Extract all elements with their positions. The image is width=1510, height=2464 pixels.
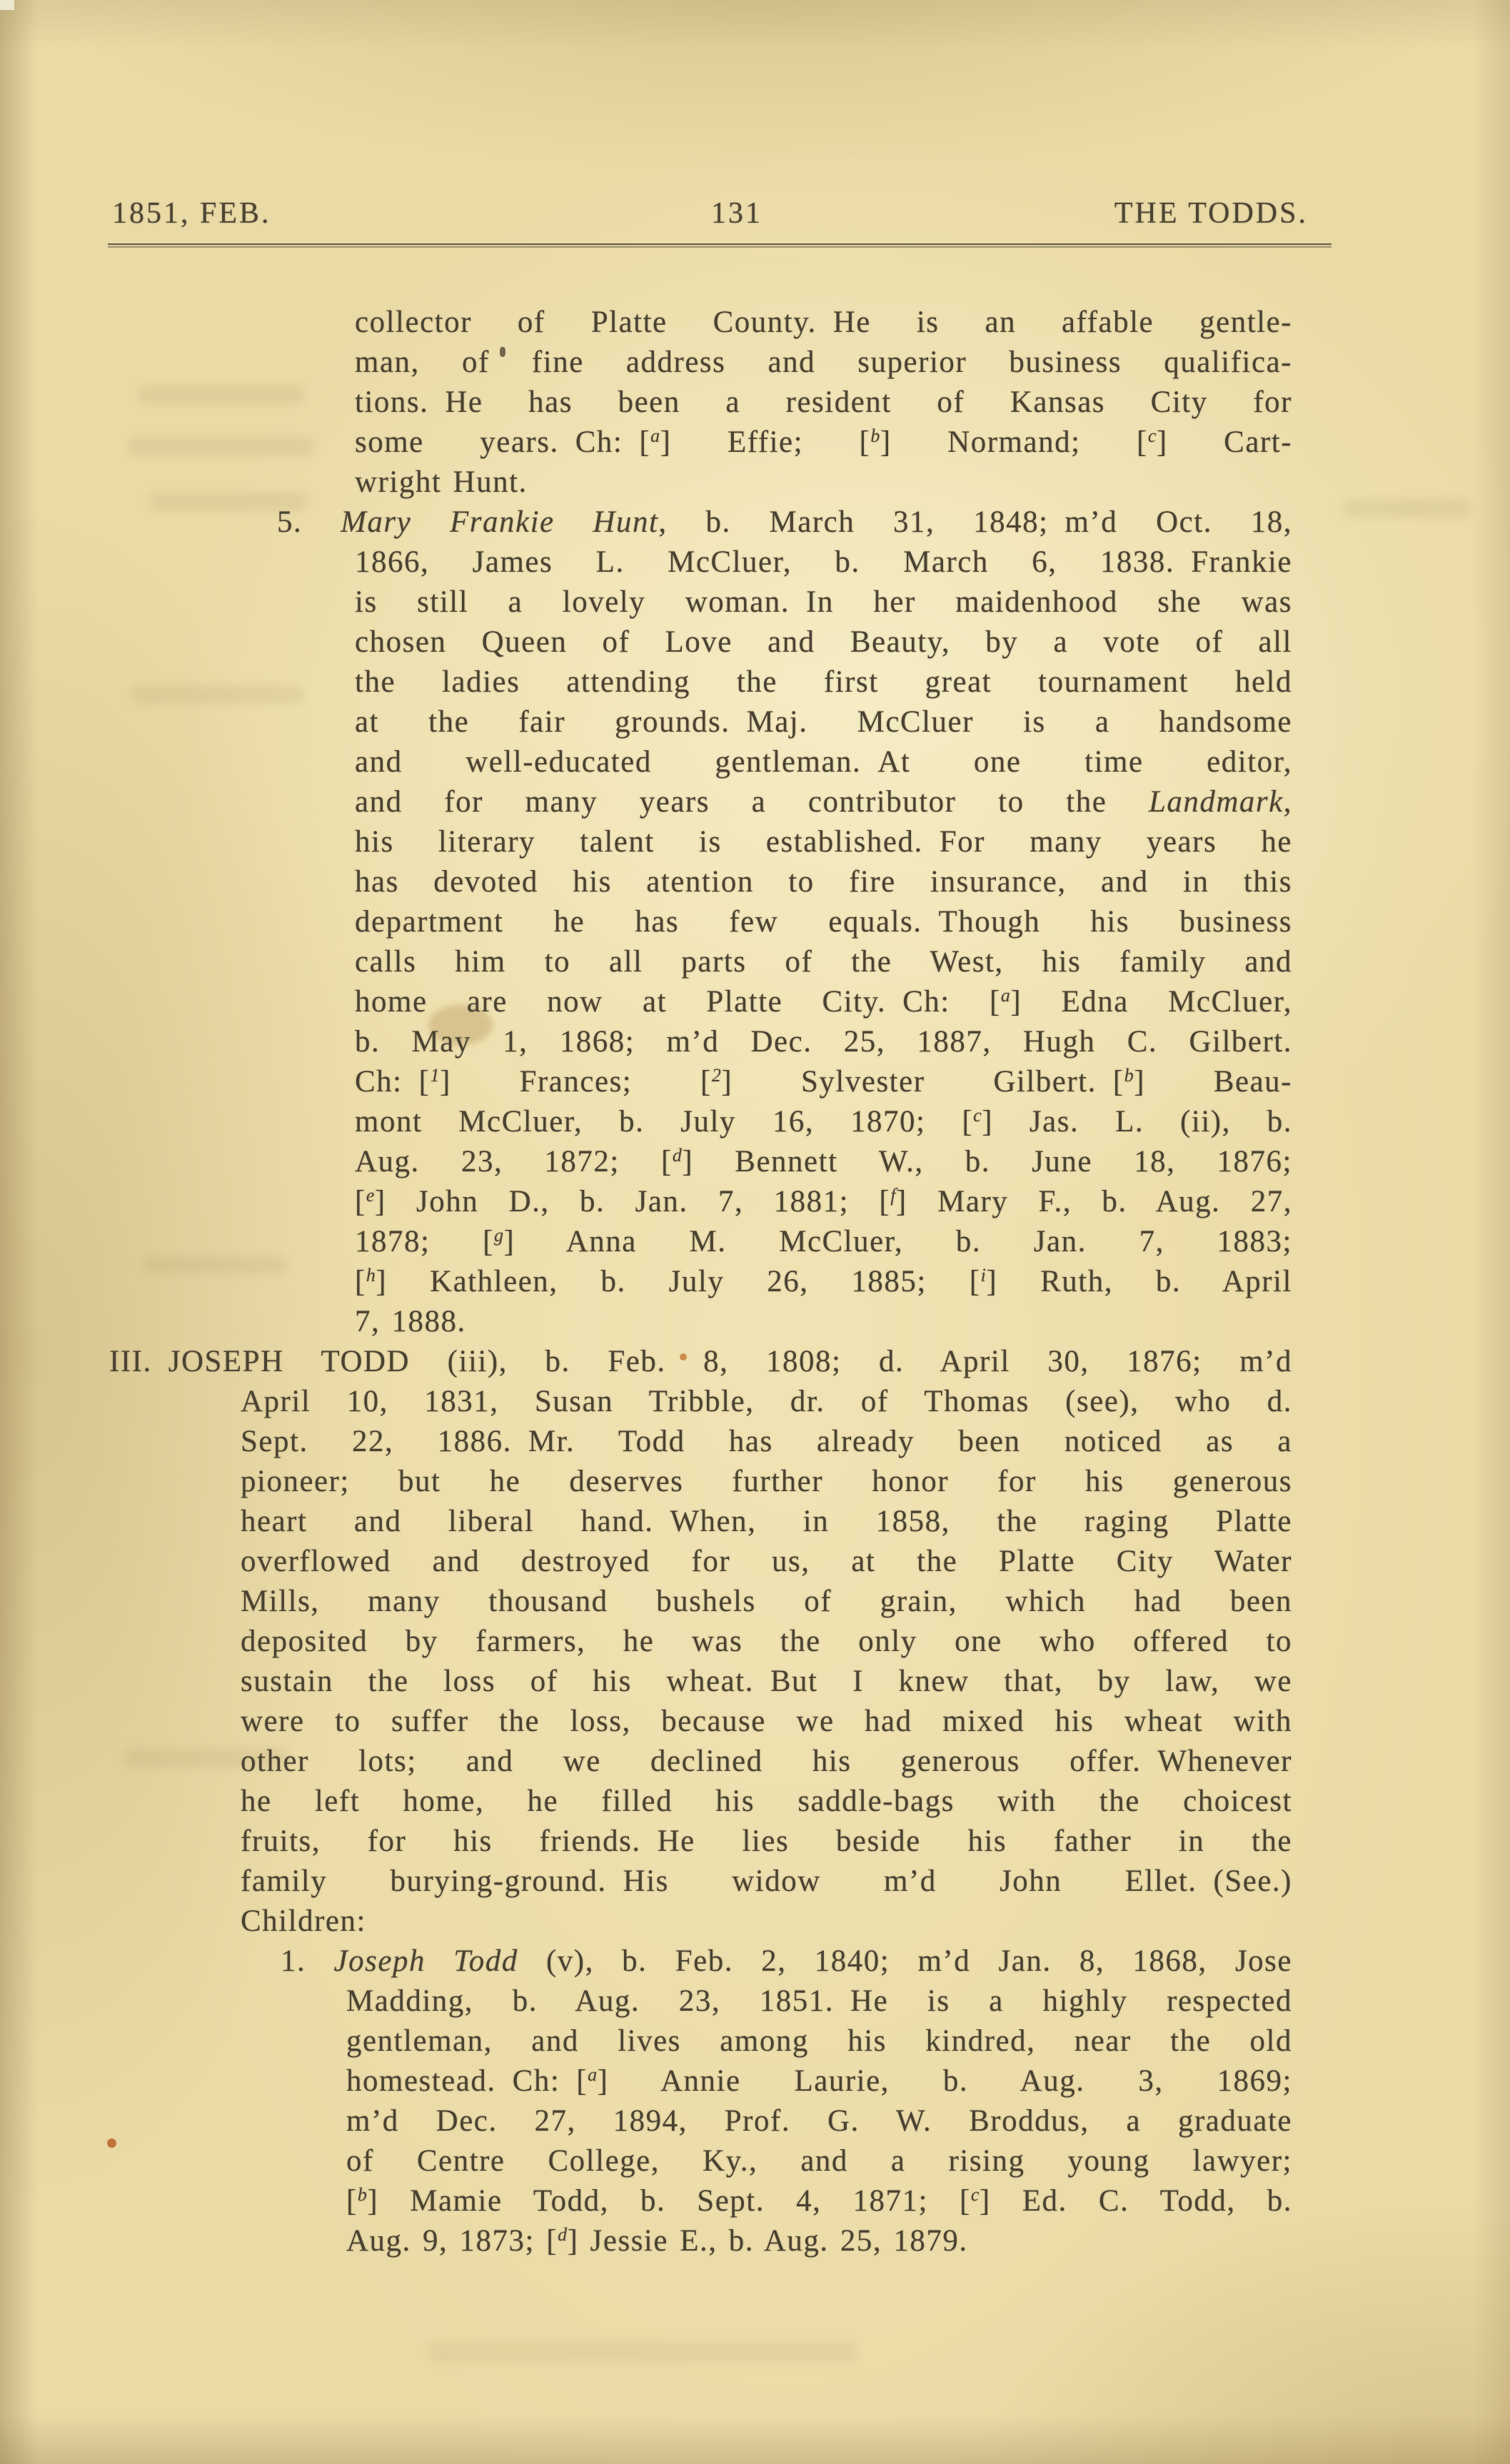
text-run: ] Ed. C. Todd, b.	[980, 2184, 1292, 2218]
text-line: man, of fine address and superior busine…	[355, 343, 1292, 383]
text-run: heart and liberal hand. When, in 1858, t…	[241, 1505, 1292, 1538]
text-run: tions. He has been a resident of Kansas …	[355, 385, 1292, 419]
text-run: 7, 1888.	[355, 1305, 466, 1338]
text-run: m’d Dec. 27, 1894, Prof. G. W. Broddus, …	[346, 2104, 1292, 2138]
text-run: at the fair grounds. Maj. McCluer is a h…	[355, 705, 1292, 739]
superscript-run: h	[366, 1265, 376, 1286]
text-run: fruits, for his friends. He lies beside …	[241, 1824, 1292, 1858]
text-run: family burying-ground. His widow m’d Joh…	[241, 1864, 1292, 1898]
text-run: 5.	[277, 505, 341, 539]
text-run: gentleman, and lives among his kindred, …	[346, 2024, 1292, 2058]
text-line: home are now at Platte City. Ch: [a] Edn…	[355, 982, 1292, 1022]
text-line: he left home, he filled his saddle-bags …	[241, 1782, 1292, 1822]
text-run: chosen Queen of Love and Beauty, by a vo…	[355, 625, 1292, 659]
text-run: is still a lovely woman. In her maidenho…	[355, 585, 1292, 619]
text-run: were to suffer the loss, because we had …	[241, 1705, 1292, 1738]
text-line: department he has few equals. Though his…	[355, 902, 1292, 942]
text-line: [b] Mamie Todd, b. Sept. 4, 1871; [c] Ed…	[346, 2181, 1292, 2221]
superscript-run: a	[650, 425, 660, 446]
text-line: [e] John D., b. Jan. 7, 1881; [f] Mary F…	[355, 1182, 1292, 1222]
superscript-run: g	[494, 1225, 504, 1246]
text-line: Madding, b. Aug. 23, 1851. He is a highl…	[346, 1981, 1292, 2021]
text-line: 1866, James L. McCluer, b. March 6, 1838…	[355, 542, 1292, 582]
text-run: Ch: [	[355, 1065, 430, 1099]
superscript-run: b	[870, 425, 880, 446]
text-line: and for many years a contributor to the …	[355, 782, 1292, 822]
text-line: heart and liberal hand. When, in 1858, t…	[241, 1502, 1292, 1542]
text-line: Mills, many thousand bushels of grain, w…	[241, 1582, 1292, 1622]
text-line: tions. He has been a resident of Kansas …	[355, 383, 1292, 423]
text-run: Sept. 22, 1886. Mr. Todd has already bee…	[241, 1425, 1292, 1458]
text-run: [	[355, 1185, 366, 1218]
text-run: ] Kathleen, b. July 26, 1885; [	[376, 1265, 980, 1298]
text-run: Mills, many thousand bushels of grain, w…	[241, 1585, 1292, 1618]
text-run: ] Mamie Todd, b. Sept. 4, 1871; [	[367, 2184, 970, 2218]
text-line: 7, 1888.	[355, 1302, 1292, 1342]
text-line: Children:	[241, 1902, 1292, 1942]
text-line: calls him to all parts of the West, his …	[355, 942, 1292, 982]
text-line: [h] Kathleen, b. July 26, 1885; [i] Ruth…	[355, 1262, 1292, 1302]
superscript-run: c	[1148, 425, 1157, 446]
text-line: the ladies attending the first great tou…	[355, 662, 1292, 702]
text-line: some years. Ch: [a] Effie; [b] Normand; …	[355, 423, 1292, 463]
superscript-run: e	[366, 1185, 375, 1206]
text-line: wright Hunt.	[355, 463, 1292, 503]
text-line: pioneer; but he deserves further honor f…	[241, 1462, 1292, 1502]
text-line: sustain the loss of his wheat. But I kne…	[241, 1662, 1292, 1702]
text-run: ] Jas. L. (ii), b.	[982, 1105, 1292, 1138]
superscript-run: d	[558, 2224, 568, 2245]
superscript-run: d	[673, 1145, 683, 1166]
text-run: Aug. 9, 1873; [	[346, 2224, 558, 2258]
text-run: and for many years a contributor to the	[355, 785, 1149, 819]
text-run: collector of Platte County. He is an aff…	[355, 306, 1292, 339]
text-run: [	[346, 2184, 358, 2218]
text-run: 1878; [	[355, 1225, 494, 1258]
text-line: gentleman, and lives among his kindred, …	[346, 2021, 1292, 2061]
superscript-run: c	[973, 1105, 982, 1126]
text-run: Madding, b. Aug. 23, 1851. He is a highl…	[346, 1984, 1292, 2018]
text-run: some years. Ch: [	[355, 425, 650, 459]
italic-run: Landmark	[1149, 785, 1284, 819]
text-run: his literary talent is established. For …	[355, 825, 1292, 859]
text-run: ] Anna M. McCluer, b. Jan. 7, 1883;	[504, 1225, 1293, 1258]
text-run: homestead. Ch: [	[346, 2064, 588, 2098]
text-line: is still a lovely woman. In her maidenho…	[355, 582, 1292, 622]
header-date: 1851, FEB.	[112, 198, 271, 229]
text-run: the ladies attending the first great tou…	[355, 665, 1292, 699]
text-line: collector of Platte County. He is an aff…	[355, 303, 1292, 343]
text-run: home are now at Platte City. Ch: [	[355, 985, 1001, 1019]
page-number: 131	[711, 198, 762, 229]
text-run: ,	[1284, 785, 1292, 819]
text-run: April 10, 1831, Susan Tribble, dr. of Th…	[241, 1385, 1292, 1418]
text-line: other lots; and we declined his generous…	[241, 1742, 1292, 1782]
text-run: man, of fine address and superior busine…	[355, 345, 1292, 379]
header-rule	[108, 243, 1332, 248]
text-run: Children:	[241, 1904, 366, 1938]
scanned-book-page: { "colors": {"paper": "#eadaa6", "ink": …	[0, 0, 1510, 2464]
text-run: ] Normand; [	[880, 425, 1148, 459]
superscript-run: a	[1001, 985, 1011, 1006]
text-run: ] Jessie E., b. Aug. 25, 1879.	[568, 2224, 968, 2258]
scan-corner-artifact	[0, 0, 14, 10]
text-run: overflowed and destroyed for us, at the …	[241, 1545, 1292, 1578]
superscript-run: i	[981, 1265, 987, 1286]
text-line: at the fair grounds. Maj. McCluer is a h…	[355, 702, 1292, 742]
text-line: 1. Joseph Todd (v), b. Feb. 2, 1840; m’d…	[281, 1942, 1292, 1981]
text-run: b. May 1, 1868; m’d Dec. 25, 1887, Hugh …	[355, 1025, 1292, 1059]
text-line: family burying-ground. His widow m’d Joh…	[241, 1862, 1292, 1902]
text-line: has devoted his atention to fire insuran…	[355, 862, 1292, 902]
text-run: wright Hunt.	[355, 465, 528, 499]
text-line: Aug. 9, 1873; [d] Jessie E., b. Aug. 25,…	[346, 2221, 1292, 2261]
text-run: he left home, he filled his saddle-bags …	[241, 1784, 1292, 1818]
text-run: and well-educated gentleman. At one time…	[355, 745, 1292, 779]
text-line: overflowed and destroyed for us, at the …	[241, 1542, 1292, 1582]
text-line: III. JOSEPH TODD (iii), b. Feb. 8, 1808;…	[109, 1342, 1292, 1382]
text-line: Aug. 23, 1872; [d] Bennett W., b. June 1…	[355, 1142, 1292, 1182]
page-body: collector of Platte County. He is an aff…	[0, 303, 1510, 2261]
text-line: homestead. Ch: [a] Annie Laurie, b. Aug.…	[346, 2061, 1292, 2101]
text-run: ] Beau-	[1134, 1065, 1292, 1099]
text-line: were to suffer the loss, because we had …	[241, 1702, 1292, 1742]
superscript-run: c	[971, 2184, 980, 2205]
text-line: and well-educated gentleman. At one time…	[355, 742, 1292, 782]
text-run: ] Frances; [	[440, 1065, 712, 1099]
text-run: mont McCluer, b. July 16, 1870; [	[355, 1105, 973, 1138]
text-run: of Centre College, Ky., and a rising you…	[346, 2144, 1292, 2178]
text-line: deposited by farmers, he was the only on…	[241, 1622, 1292, 1662]
text-line: Sept. 22, 1886. Mr. Todd has already bee…	[241, 1422, 1292, 1462]
text-line: his literary talent is established. For …	[355, 822, 1292, 862]
superscript-run: f	[890, 1185, 896, 1206]
italic-run: Joseph Todd	[334, 1944, 518, 1978]
text-run: III. JOSEPH TODD (iii), b. Feb. 8, 1808;…	[109, 1345, 1292, 1378]
text-line: mont McCluer, b. July 16, 1870; [c] Jas.…	[355, 1102, 1292, 1142]
text-line: m’d Dec. 27, 1894, Prof. G. W. Broddus, …	[346, 2101, 1292, 2141]
text-run: 1.	[281, 1944, 334, 1978]
text-run: ] Effie; [	[660, 425, 871, 459]
showthrough-smudge	[428, 2341, 857, 2363]
text-line: fruits, for his friends. He lies beside …	[241, 1822, 1292, 1862]
text-run: has devoted his atention to fire insuran…	[355, 865, 1292, 899]
superscript-run: b	[358, 2184, 368, 2205]
text-run: ] Annie Laurie, b. Aug. 3, 1869;	[598, 2064, 1292, 2098]
text-line: b. May 1, 1868; m’d Dec. 25, 1887, Hugh …	[355, 1022, 1292, 1062]
superscript-run: b	[1124, 1065, 1134, 1086]
text-line: of Centre College, Ky., and a rising you…	[346, 2141, 1292, 2181]
text-run: ] Cart-	[1157, 425, 1292, 459]
superscript-run: 1	[430, 1065, 440, 1086]
text-line: 5. Mary Frankie Hunt, b. March 31, 1848;…	[277, 503, 1292, 542]
text-run: deposited by farmers, he was the only on…	[241, 1625, 1292, 1658]
text-run: other lots; and we declined his generous…	[241, 1745, 1292, 1778]
superscript-run: 2	[712, 1065, 722, 1086]
text-run: ] Edna McCluer,	[1010, 985, 1292, 1019]
text-run: Aug. 23, 1872; [	[355, 1145, 673, 1178]
text-run: , b. March 31, 1848; m’d Oct. 18,	[658, 505, 1292, 539]
running-title: THE TODDS.	[1114, 198, 1308, 229]
text-run: (v), b. Feb. 2, 1840; m’d Jan. 8, 1868, …	[518, 1944, 1292, 1978]
text-line: April 10, 1831, Susan Tribble, dr. of Th…	[241, 1382, 1292, 1422]
text-run: ] John D., b. Jan. 7, 1881; [	[375, 1185, 890, 1218]
text-run: ] Sylvester Gilbert. [	[721, 1065, 1124, 1099]
text-run: 1866, James L. McCluer, b. March 6, 1838…	[355, 545, 1292, 579]
text-line: chosen Queen of Love and Beauty, by a vo…	[355, 622, 1292, 662]
text-run: ] Mary F., b. Aug. 27,	[896, 1185, 1292, 1218]
text-run: department he has few equals. Though his…	[355, 905, 1292, 939]
text-run: [	[355, 1265, 366, 1298]
text-run: ] Bennett W., b. June 18, 1876;	[682, 1145, 1292, 1178]
superscript-run: a	[588, 2064, 598, 2085]
text-line: 1878; [g] Anna M. McCluer, b. Jan. 7, 18…	[355, 1222, 1292, 1262]
text-run: pioneer; but he deserves further honor f…	[241, 1465, 1292, 1498]
text-run: ] Ruth, b. April	[986, 1265, 1292, 1298]
italic-run: Mary Frankie Hunt	[341, 505, 658, 539]
text-line: Ch: [1] Frances; [2] Sylvester Gilbert. …	[355, 1062, 1292, 1102]
text-run: calls him to all parts of the West, his …	[355, 945, 1292, 979]
text-run: sustain the loss of his wheat. But I kne…	[241, 1665, 1292, 1698]
